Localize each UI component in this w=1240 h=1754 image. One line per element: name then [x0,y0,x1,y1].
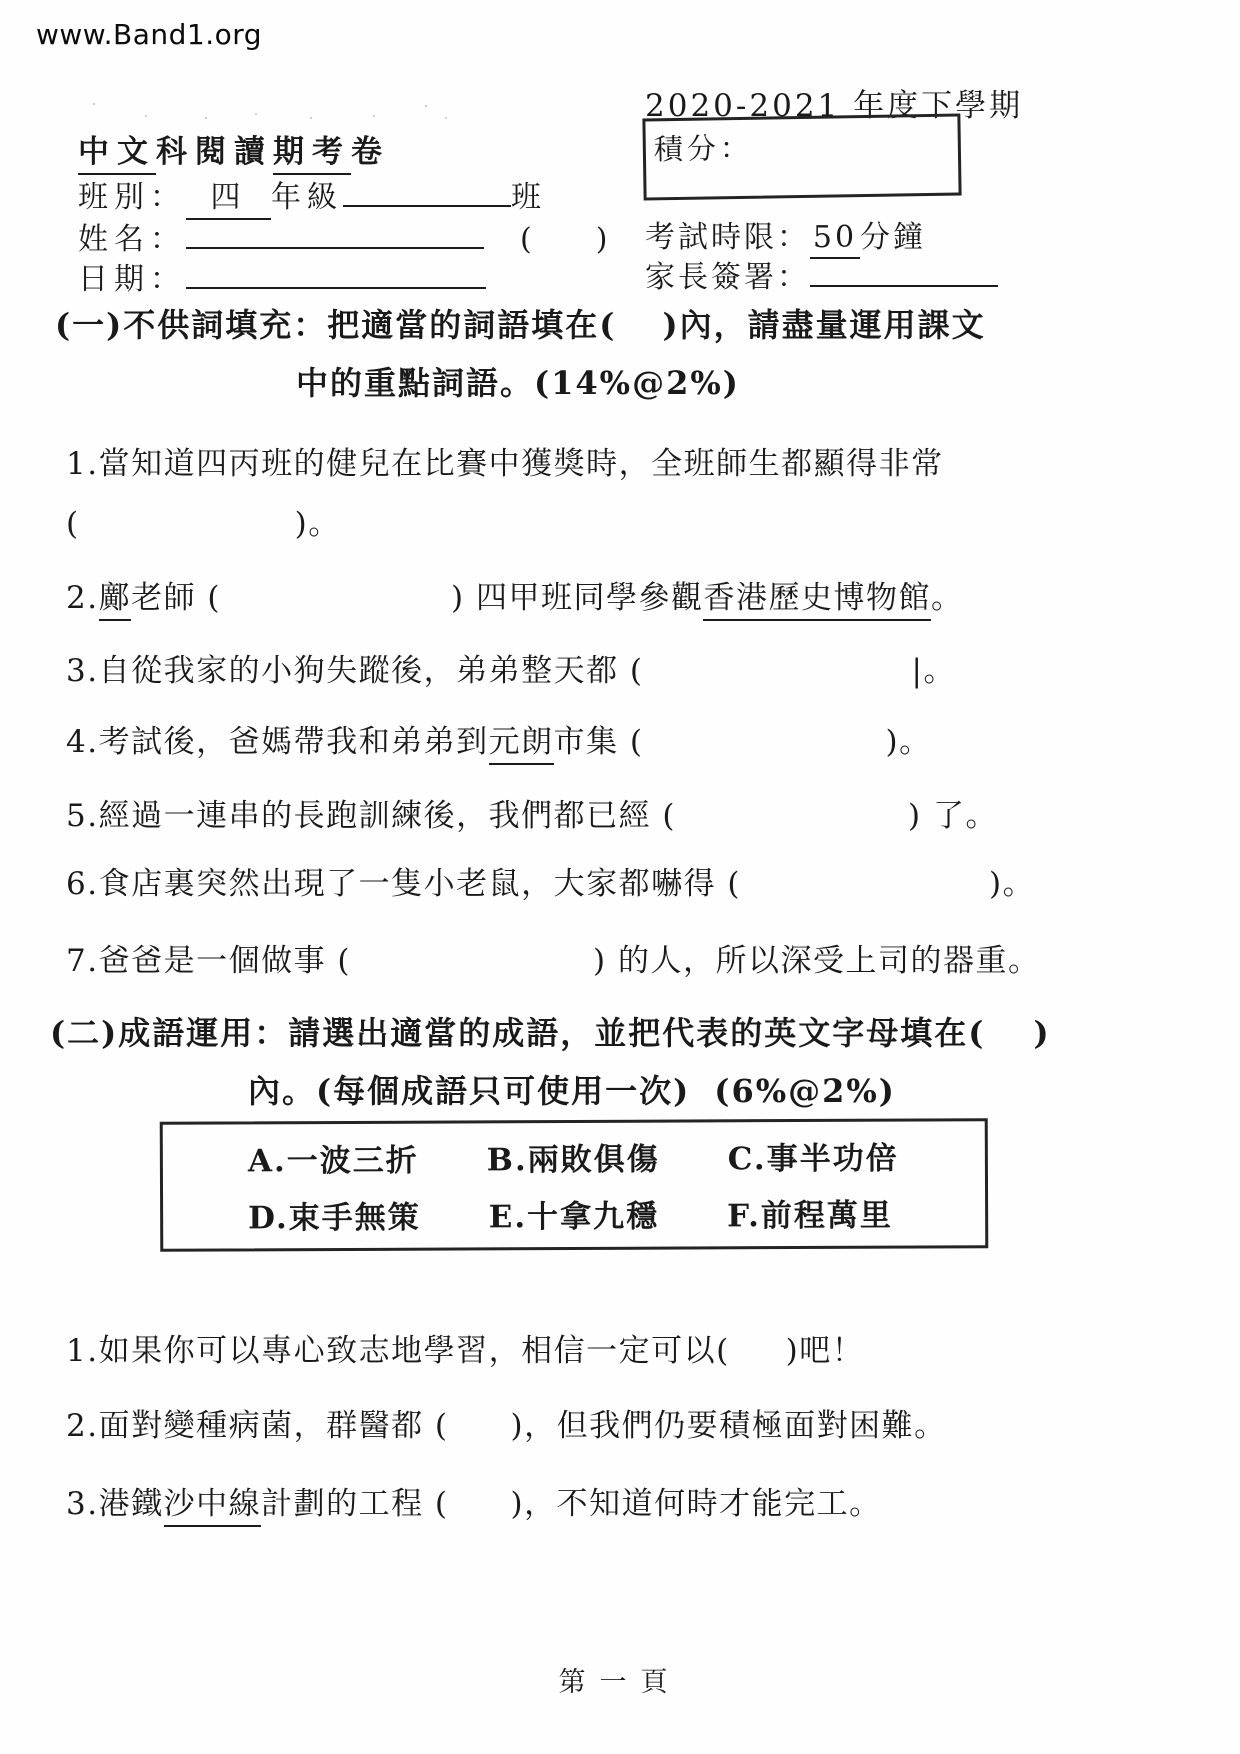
date-field: 日期： [78,254,486,298]
section1-heading-line1: (一)不供詞填充：把適當的詞語填在()內，請盡量運用課文 [55,300,986,346]
section1-question-1-line2: ()。 [66,498,341,543]
idiom-options-box: A.一波三折 B.兩敗俱傷 C.事半功倍 D.束手無策 E.十拿九穩 F.前程萬… [160,1118,989,1252]
section1-question-6: 6.食店裏突然出現了一隻小老鼠，大家都嚇得 ()。 [66,858,1035,903]
option-d: D.束手無策 [248,1191,421,1237]
option-a: A.一波三折 [248,1135,419,1181]
section1-question-2: 2.鄺老師 () 四甲班同學參觀香港歷史博物館。 [66,572,963,617]
section2-question-3: 3.港鐵沙中線計劃的工程 ()，不知道何時才能完工。 [66,1478,882,1523]
score-box: 積分： [642,114,961,201]
idiom-options-row-1: A.一波三折 B.兩敗俱傷 C.事半功倍 [248,1133,985,1181]
section1-question-1-line1: 1.當知道四丙班的健兒在比賽中獲獎時，全班師生都顯得非常 [66,438,944,483]
watermark: www.Band1.org [36,18,262,51]
faded-school-name [86,96,466,124]
option-e: E.十拿九穩 [489,1190,660,1236]
section1-question-4: 4.考試後，爸媽帶我和弟弟到元朗市集 ()。 [66,716,932,761]
section2-question-1: 1.如果你可以專心致志地學習，相信一定可以()吧！ [66,1325,864,1370]
class-field: 班別：四年級班 [78,172,547,220]
exam-paper-page: www.Band1.org 中文科閱讀期考卷 班別：四年級班 姓名： () 日期… [0,0,1240,1754]
option-b: B.兩敗俱傷 [487,1134,660,1180]
name-field: 姓名： () [78,214,613,258]
exam-title: 中文科閱讀期考卷 [78,126,390,171]
idiom-options-row-2: D.束手無策 E.十拿九穩 F.前程萬里 [248,1189,985,1237]
section1-question-5: 5.經過一連串的長跑訓練後，我們都已經 () 了。 [66,790,998,835]
section2-heading-line1: (二)成語運用：請選出適當的成語，並把代表的英文字母填在() [50,1008,1051,1054]
parent-signature-field: 家長簽署： [645,252,998,296]
option-f: F.前程萬里 [727,1189,893,1235]
option-c: C.事半功倍 [728,1133,899,1179]
page-footer: 第一頁 [0,1660,1240,1699]
section1-heading-line2: 中的重點詞語。(14%@2%) [296,358,740,404]
section2-question-2: 2.面對變種病菌，群醫都 ()，但我們仍要積極面對困難。 [66,1400,947,1445]
section1-question-7: 7.爸爸是一個做事 () 的人，所以深受上司的器重。 [66,935,1040,980]
section1-question-3: 3.自從我家的小狗失蹤後，弟弟整天都 (|。 [66,645,956,690]
section2-heading-line2: 內。(每個成語只可使用一次)(6%@2%) [248,1066,896,1112]
score-label: 積分： [654,131,754,167]
